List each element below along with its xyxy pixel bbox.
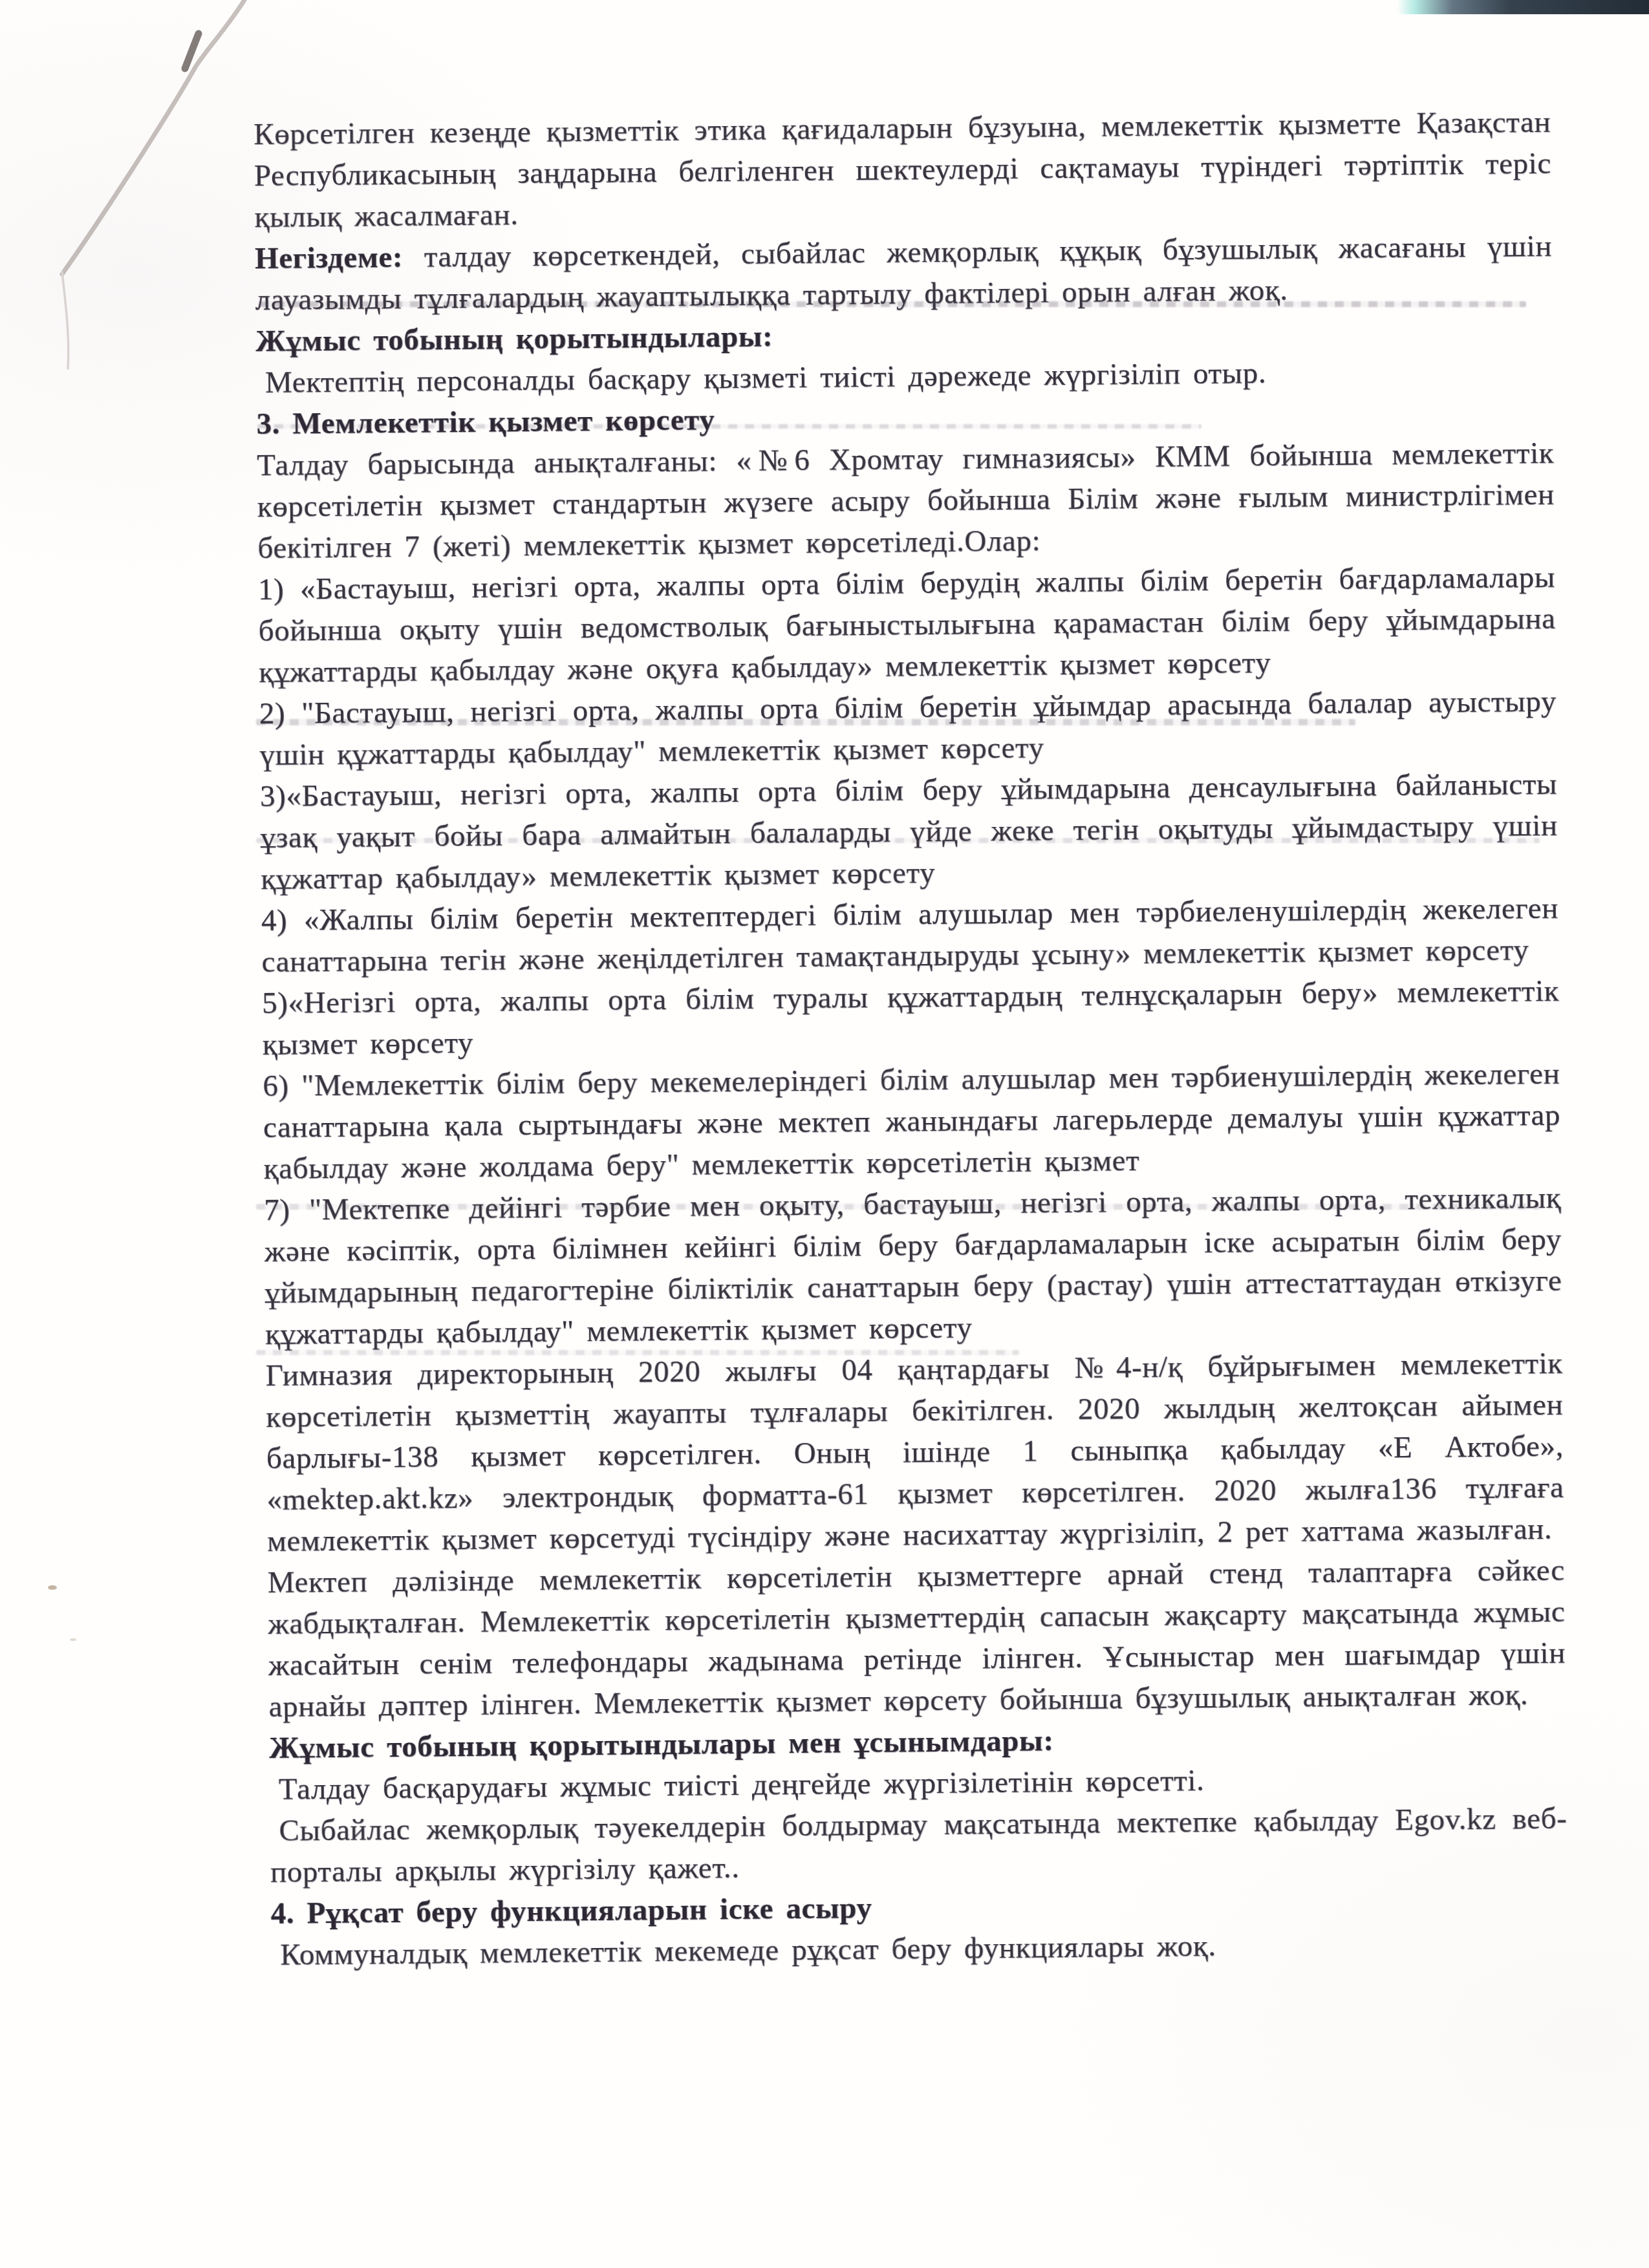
paragraph-justification: Негіздеме: талдау көрсеткендей, сыбайлас… [255, 226, 1553, 321]
justification-text: талдау көрсеткендей, сыбайлас жемқорлық … [255, 230, 1553, 317]
paragraph-ethics-conclusion: Көрсетілген кезеңде қызметтік этика қағи… [253, 102, 1552, 238]
list-item-service-3: 3)«Бастауыш, негізгі орта, жалпы орта бі… [260, 764, 1558, 900]
dust-speck [48, 1585, 57, 1590]
document-body: Көрсетілген кезеңде қызметтік этика қағи… [253, 102, 1569, 1976]
scanner-edge-artifact [1397, 0, 1649, 14]
dust-speck [70, 1638, 76, 1641]
paragraph-analysis-intro: Талдау барысында анықталғаны: «№6 Хромта… [257, 433, 1555, 569]
list-item-service-4: 4) «Жалпы білім беретін мектептердегі бі… [261, 888, 1559, 983]
paragraph-school-stand-info: Мектеп дәлізінде мемлекеттік көрсетілеті… [268, 1550, 1566, 1728]
list-item-service-5: 5)«Негізгі орта, жалпы орта білім туралы… [262, 970, 1560, 1065]
list-item-service-2: 2) "Бастауыш, негізгі орта, жалпы орта б… [259, 681, 1557, 776]
scanned-page: Көрсетілген кезеңде қызметтік этика қағи… [0, 0, 1649, 2268]
list-item-service-6: 6) "Мемлекеттік білім беру мекемелерінде… [263, 1053, 1561, 1190]
paragraph-egov-recommendation: Сыбайлас жемқорлық тәуекелдерін болдырма… [270, 1798, 1568, 1893]
list-item-service-1: 1) «Бастауыш, негізгі орта, жалпы орта б… [258, 557, 1557, 693]
paragraph-director-order-statistics: Гимназия директорының 2020 жылғы 04 қаңт… [265, 1343, 1564, 1562]
justification-label: Негіздеме: [255, 241, 404, 275]
list-item-service-7: 7) "Мектепке дейінгі тәрбие мен оқыту, б… [264, 1177, 1562, 1355]
